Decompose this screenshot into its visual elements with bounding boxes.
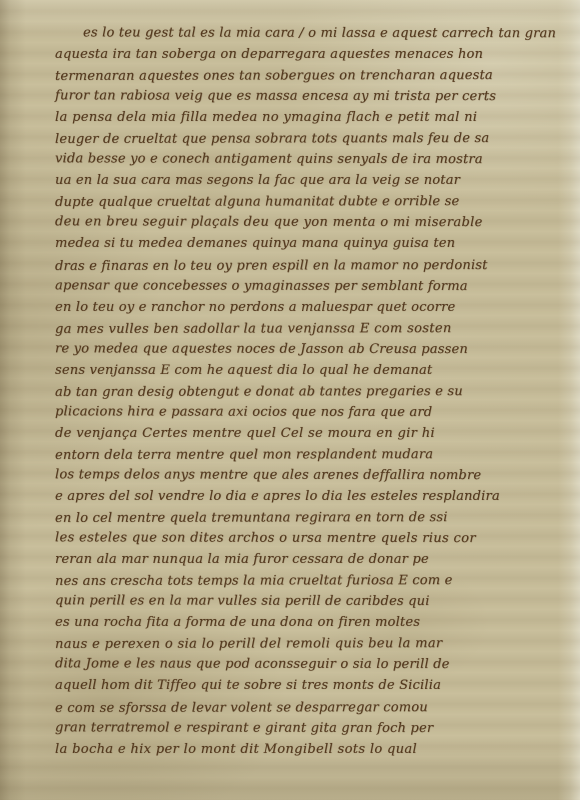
- text-line: de venjança Certes mentre quel Cel se mo…: [55, 423, 544, 444]
- text-line: ab tan gran desig obtengut e donat ab ta…: [55, 381, 544, 403]
- text-line: la bocha e hix per lo mont dit Mongibell…: [55, 739, 544, 760]
- text-line: leuger de crueltat que pensa sobrara tot…: [55, 128, 544, 150]
- text-line: gran terratremol e respirant e girant gi…: [55, 717, 544, 739]
- text-line: es una rocha fita a forma de una dona on…: [55, 612, 544, 633]
- text-line: entorn dela terra mentre quel mon respla…: [55, 444, 544, 466]
- text-line: vida besse yo e conech antigament quins …: [55, 149, 544, 171]
- text-line: furor tan rabiosa veig que es massa ence…: [55, 85, 544, 107]
- text-line: en lo teu oy e ranchor no perdons a malu…: [55, 297, 544, 318]
- text-line: re yo medea que aquestes noces de Jasson…: [55, 338, 544, 360]
- text-line: quin perill es en la mar vulles sia peri…: [55, 591, 544, 613]
- text-line: los temps delos anys mentre que ales are…: [55, 464, 544, 486]
- text-line: e com se sforssa de levar volent se desp…: [55, 696, 544, 718]
- text-line: medea si tu medea demanes quinya mana qu…: [55, 233, 544, 254]
- text-line: dupte qualque crueltat alguna humanitat …: [55, 191, 544, 213]
- manuscript-page: es lo teu gest tal es la mia cara / o mi…: [0, 0, 580, 800]
- text-line: nes ans crescha tots temps la mia cruelt…: [55, 570, 544, 592]
- manuscript-text-block: es lo teu gest tal es la mia cara / o mi…: [55, 23, 544, 760]
- text-line: en lo cel mentre quela tremuntana regira…: [55, 507, 544, 529]
- text-line: dras e finaras en lo teu oy pren espill …: [55, 254, 544, 276]
- text-line: deu en breu seguir plaçals deu que yon m…: [55, 212, 544, 234]
- text-line: ua en la sua cara mas segons la fac que …: [55, 170, 544, 191]
- text-line: reran ala mar nunqua la mia furor cessar…: [55, 549, 544, 570]
- text-line: apensar que concebesses o ymaginasses pe…: [55, 275, 544, 297]
- text-line: e apres del sol vendre lo dia e apres lo…: [55, 486, 544, 507]
- text-line: aquesta ira tan soberga on deparregara a…: [55, 44, 544, 65]
- text-line: plicacions hira e passara axi ocios que …: [55, 401, 544, 423]
- text-line: les esteles que son dites archos o ursa …: [55, 527, 544, 549]
- text-line: aquell hom dit Tiffeo qui te sobre si tr…: [55, 675, 544, 696]
- text-line: ga mes vulles ben sadollar la tua venjan…: [55, 318, 544, 340]
- text-line: es lo teu gest tal es la mia cara / o mi…: [55, 22, 544, 44]
- text-line: dita Jome e les naus que pod aconsseguir…: [55, 654, 544, 676]
- text-line: naus e perexen o sia lo perill del remol…: [55, 633, 544, 655]
- text-line: sens venjanssa E com he aquest dia lo qu…: [55, 360, 544, 381]
- text-line: la pensa dela mia filla medea no ymagina…: [55, 107, 544, 128]
- text-line: termenaran aquestes ones tan sobergues o…: [55, 65, 544, 87]
